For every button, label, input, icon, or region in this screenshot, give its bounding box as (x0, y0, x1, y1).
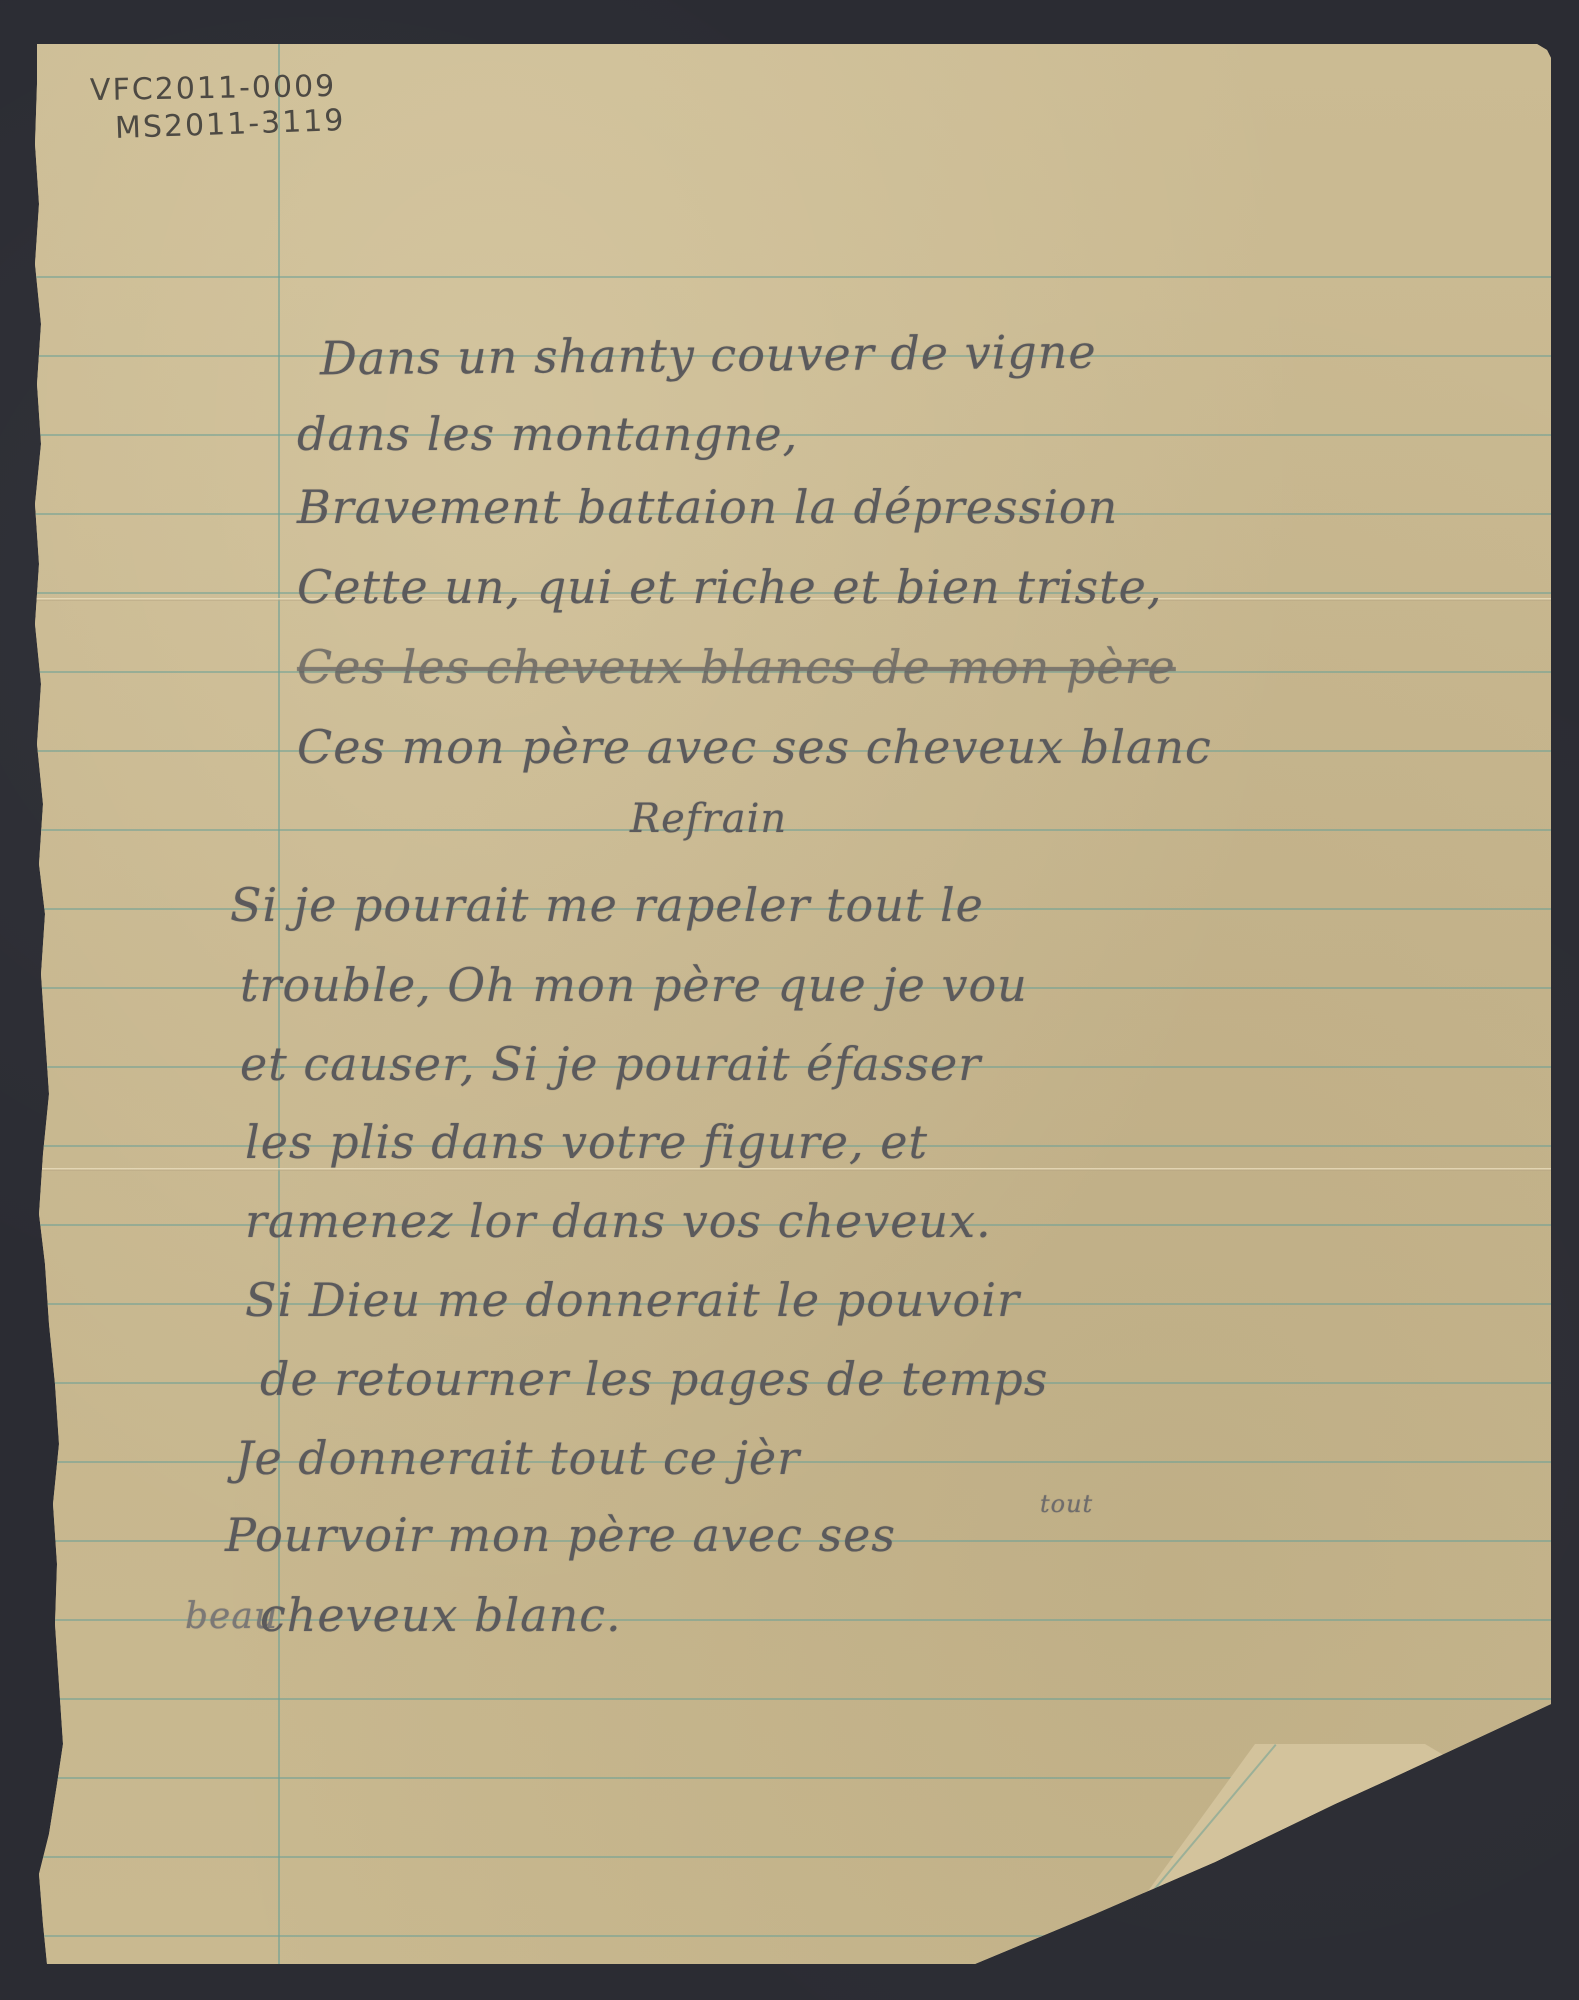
handwritten-line-16: cheveux blanc. (260, 1592, 622, 1638)
handwritten-line-1: Dans un shanty couver de vigne (320, 329, 1097, 382)
handwritten-line-struck: Ces les cheveux blancs de mon père (297, 644, 1176, 690)
rule-line (35, 276, 1551, 278)
rule-line (35, 829, 1551, 831)
insertion-tout: tout (1040, 1492, 1093, 1516)
manuscript-page: VFC2011-0009 MS2011-3119 Dans un shanty … (35, 44, 1551, 1964)
handwritten-line-14: Je donnerait tout ce jèr (235, 1435, 800, 1481)
archive-id-vfc: VFC2011-0009 (90, 72, 337, 106)
handwritten-line-15: Pourvoir mon père avec ses (225, 1512, 896, 1558)
rule-line (35, 1698, 1551, 1700)
handwritten-line-11: ramenez lor dans vos cheveux. (245, 1198, 992, 1244)
handwritten-line-8: trouble, Oh mon père que je vou (240, 962, 1028, 1008)
handwritten-line-9: et causer, Si je pourait éfasser (240, 1041, 981, 1087)
handwritten-line-4: Cette un, qui et riche et bien triste, (297, 564, 1162, 610)
handwritten-line-6: Ces mon père avec ses cheveux blanc (297, 724, 1212, 770)
refrain-heading: Refrain (630, 799, 787, 839)
handwritten-line-13: de retourner les pages de temps (260, 1356, 1048, 1402)
archive-id-ms: MS2011-3119 (115, 106, 346, 144)
handwritten-line-10: les plis dans votre figure, et (245, 1119, 928, 1165)
handwritten-line-2: dans les montangne, (297, 411, 798, 457)
handwritten-line-7: Si je pourait me rapeler tout le (230, 882, 984, 928)
handwritten-line-12: Si Dieu me donnerait le pouvoir (245, 1277, 1020, 1323)
handwritten-line-3: Bravement battaion la dépression (297, 484, 1118, 530)
